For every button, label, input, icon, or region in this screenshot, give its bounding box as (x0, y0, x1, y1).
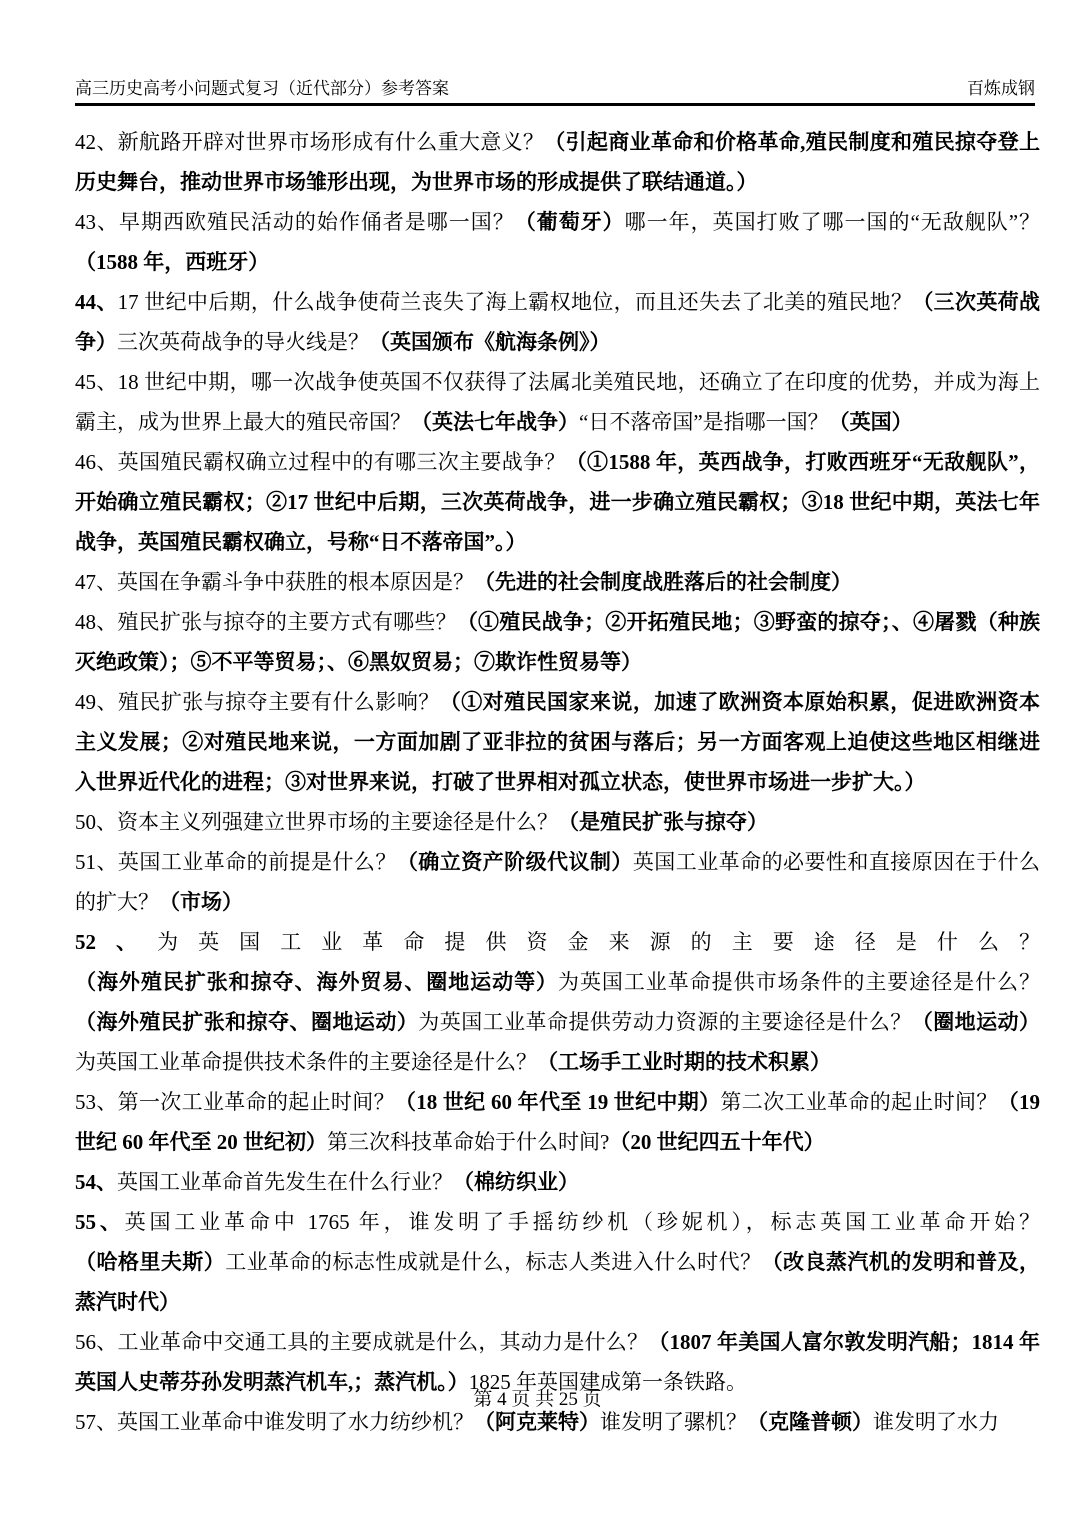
question-text: 工业革命的标志性成就是什么，标志人类进入什么时代？ (225, 1250, 761, 1274)
item-number: 43、 (75, 210, 119, 234)
item-number: 42、 (75, 130, 118, 154)
page-number: 第 4 页 共 25 页 (473, 1389, 601, 1410)
answer-text: （葡萄牙） (515, 210, 625, 234)
qa-item-49: 49、殖民扩张与掠夺主要有什么影响？（①对殖民国家来说，加速了欧洲资本原始积累，… (75, 682, 1040, 802)
answer-text: （1588 年，西班牙） (75, 250, 269, 274)
answer-text: （哈格里夫斯） (75, 1250, 225, 1274)
qa-item-43: 43、早期西欧殖民活动的始作俑者是哪一国？（葡萄牙）哪一年，英国打败了哪一国的“… (75, 202, 1040, 282)
answer-text: （20 世纪四五十年代） (609, 1130, 824, 1154)
document-page: 高三历史高考小问题式复习（近代部分）参考答案 百炼成钢 42、新航路开辟对世界市… (0, 0, 1075, 1518)
answer-text: （英国颁布《航海条例》） (369, 330, 611, 354)
answer-text: （是殖民扩张与掠夺） (558, 810, 768, 834)
qa-item-42: 42、新航路开辟对世界市场形成有什么重大意义？（引起商业革命和价格革命,殖民制度… (75, 122, 1040, 202)
question-text: 为英国工业革命提供市场条件的主要途径是什么？ (558, 970, 1040, 994)
qa-item-51: 51、英国工业革命的前提是什么？（确立资产阶级代议制）英国工业革命的必要性和直接… (75, 842, 1040, 922)
qa-item-50: 50、资本主义列强建立世界市场的主要途径是什么？（是殖民扩张与掠夺） (75, 802, 1040, 842)
qa-item-55: 55、英国工业革命中 1765 年，谁发明了手摇纺纱机（珍妮机），标志英国工业革… (75, 1202, 1040, 1322)
item-number: 50、 (75, 810, 117, 834)
answer-text: （海外殖民扩张和掠夺、圈地运动） (75, 1010, 418, 1034)
question-text: 英国工业革命中谁发明了水力纺纱机？ (117, 1410, 474, 1434)
answer-text: （18 世纪 60 年代至 19 世纪中期） (395, 1090, 721, 1114)
question-text: 为英国工业革命提供劳动力资源的主要途径是什么？ (418, 1010, 911, 1034)
question-text: 第三次科技革命始于什么时间? (327, 1130, 609, 1154)
answer-text: （英法七年战争） (411, 410, 579, 434)
question-text: 三次英荷战争的导火线是？ (117, 330, 369, 354)
answer-text: （英国） (829, 410, 913, 434)
question-text: 英国工业革命首先发生在什么行业？ (117, 1170, 453, 1194)
item-number: 49、 (75, 690, 118, 714)
item-number: 52、 (75, 930, 157, 954)
question-text: 英国在争霸斗争中获胜的根本原因是？ (117, 570, 474, 594)
qa-item-46: 46、英国殖民霸权确立过程中的有哪三次主要战争？（①1588 年，英西战争，打败… (75, 442, 1040, 562)
answer-text: （克隆普顿） (747, 1410, 873, 1434)
question-text: 谁发明了骡机？ (600, 1410, 747, 1434)
answer-text: （市场） (159, 890, 243, 914)
question-text: 哪一年，英国打败了哪一国的“无敌舰队”？ (625, 210, 1040, 234)
item-number: 55、 (75, 1210, 125, 1234)
answer-text: （确立资产阶级代议制） (397, 850, 633, 874)
question-text: 第二次工业革命的起止时间？ (720, 1090, 997, 1114)
header-title: 高三历史高考小问题式复习（近代部分）参考答案 (75, 78, 449, 100)
qa-item-45: 45、18 世纪中期，哪一次战争使英国不仅获得了法属北美殖民地，还确立了在印度的… (75, 362, 1040, 442)
item-number: 46、 (75, 450, 118, 474)
question-text: “日不落帝国”是指哪一国？ (579, 410, 829, 434)
question-text: 为英国工业革命提供资金来源的主要途径是什么？ (157, 930, 1040, 954)
qa-item-53: 53、第一次工业革命的起止时间？（18 世纪 60 年代至 19 世纪中期）第二… (75, 1082, 1040, 1162)
answer-text: （阿克莱特） (474, 1410, 600, 1434)
item-number: 57、 (75, 1410, 117, 1434)
question-text: 殖民扩张与掠夺主要有什么影响？ (118, 690, 440, 714)
item-number: 54、 (75, 1170, 117, 1194)
item-number: 51、 (75, 850, 118, 874)
item-number: 45、 (75, 370, 118, 394)
question-text: 新航路开辟对世界市场形成有什么重大意义？ (118, 130, 545, 154)
item-number: 48、 (75, 610, 117, 634)
answer-text: （先进的社会制度战胜落后的社会制度） (474, 570, 852, 594)
answer-text: （棉纺织业） (453, 1170, 579, 1194)
question-text: 早期西欧殖民活动的始作俑者是哪一国？ (119, 210, 515, 234)
question-text: 17 世纪中后期，什么战争使荷兰丧失了海上霸权地位，而且还失去了北美的殖民地？ (118, 290, 913, 314)
item-number: 44、 (75, 290, 118, 314)
question-text: 资本主义列强建立世界市场的主要途径是什么？ (117, 810, 558, 834)
answer-text: （海外殖民扩张和掠夺、海外贸易、圈地运动等） (75, 970, 558, 994)
qa-item-48: 48、殖民扩张与掠夺的主要方式有哪些？（①殖民战争；②开拓殖民地；③野蛮的掠夺；… (75, 602, 1040, 682)
question-text: 英国工业革命中 1765 年，谁发明了手摇纺纱机（珍妮机），标志英国工业革命开始… (125, 1210, 1040, 1234)
qa-item-54: 54、英国工业革命首先发生在什么行业？（棉纺织业） (75, 1162, 1040, 1202)
item-number: 56、 (75, 1330, 117, 1354)
question-text: 殖民扩张与掠夺的主要方式有哪些？ (117, 610, 456, 634)
page-header: 高三历史高考小问题式复习（近代部分）参考答案 百炼成钢 (75, 78, 1035, 106)
question-text: 第一次工业革命的起止时间？ (118, 1090, 395, 1114)
question-text: 英国殖民霸权确立过程中的有哪三次主要战争？ (118, 450, 566, 474)
question-text: 工业革命中交通工具的主要成就是什么，其动力是什么？ (117, 1330, 648, 1354)
question-text: 为英国工业革命提供技术条件的主要途径是什么？ (75, 1050, 537, 1074)
qa-item-52: 52、为英国工业革命提供资金来源的主要途径是什么？（海外殖民扩张和掠夺、海外贸易… (75, 922, 1040, 1082)
question-text: 英国工业革命的前提是什么？ (118, 850, 397, 874)
item-number: 53、 (75, 1090, 118, 1114)
question-text: 谁发明了水力 (873, 1410, 999, 1434)
document-body: 42、新航路开辟对世界市场形成有什么重大意义？（引起商业革命和价格革命,殖民制度… (75, 122, 1040, 1442)
qa-item-47: 47、英国在争霸斗争中获胜的根本原因是？（先进的社会制度战胜落后的社会制度） (75, 562, 1040, 602)
answer-text: （圈地运动） (912, 1010, 1040, 1034)
answer-text: （工场手工业时期的技术积累） (537, 1050, 831, 1074)
header-watermark: 百炼成钢 (967, 78, 1035, 100)
qa-item-44: 44、17 世纪中后期，什么战争使荷兰丧失了海上霸权地位，而且还失去了北美的殖民… (75, 282, 1040, 362)
page-footer: 第 4 页 共 25 页 (0, 1388, 1075, 1412)
item-number: 47、 (75, 570, 117, 594)
